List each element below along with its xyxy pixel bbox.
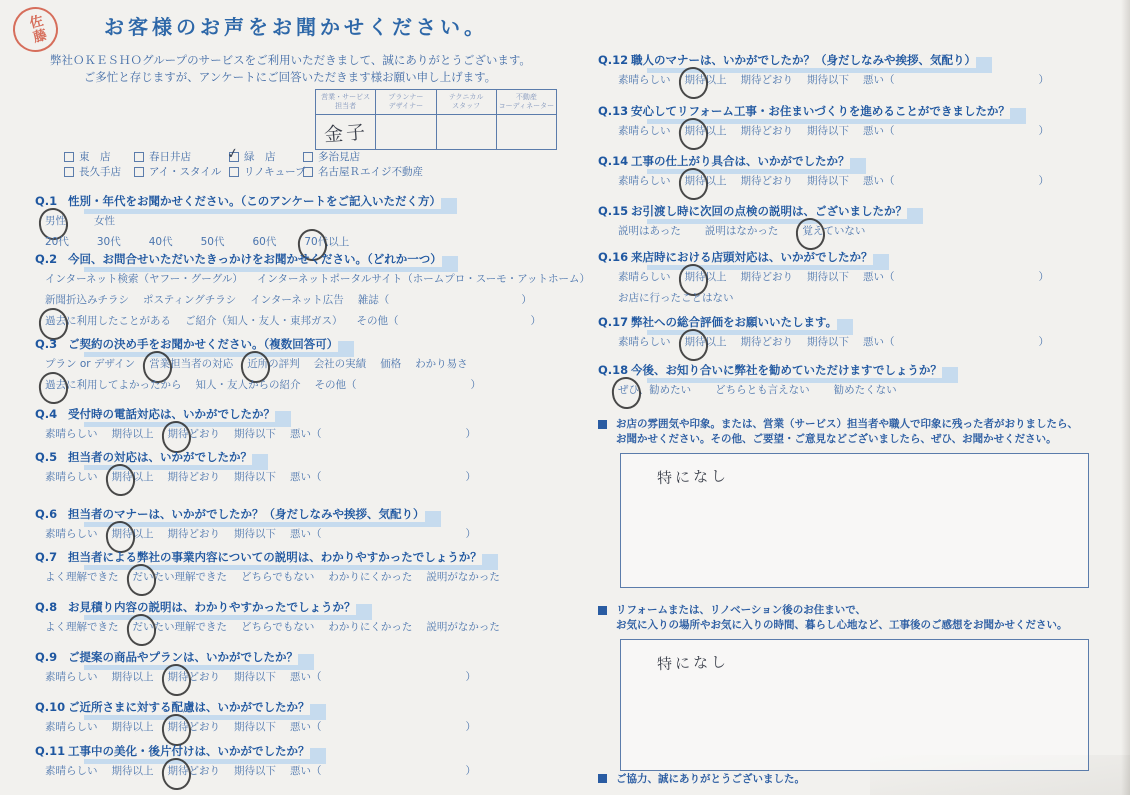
option-text: 悪い（ bbox=[863, 72, 895, 89]
option-line: 20代30代40代50代60代70代以上 bbox=[35, 234, 567, 251]
option-text: 期待どおり bbox=[168, 426, 221, 443]
option-text: 期待以上 bbox=[112, 763, 154, 780]
option-line: よく理解できただいたい理解できたどちらでもないわかりにくかった説明がなかった bbox=[35, 619, 567, 636]
handwritten-staff-name bbox=[376, 137, 384, 138]
option-line: 素晴らしい期待以上期待どおり期待以下悪い（） bbox=[598, 123, 1130, 140]
question-title: 受付時の電話対応は、いかがでしたか？ bbox=[68, 406, 275, 422]
option-text: 期待以下 bbox=[807, 72, 849, 89]
option-text: 60代 bbox=[253, 234, 277, 251]
store-label: 緑 店 bbox=[244, 149, 276, 164]
hanko-stamp-icon: 佐藤 bbox=[8, 2, 63, 57]
option-text: 説明がなかった bbox=[426, 619, 500, 636]
staff-table-header: テクニカルスタッフ bbox=[436, 90, 496, 115]
handwritten-comment: 特になし bbox=[657, 651, 730, 675]
option-text: 期待以下 bbox=[234, 426, 276, 443]
option-text: 悪い（ bbox=[863, 269, 895, 286]
option-text: 悪い（ bbox=[290, 526, 322, 543]
comment-prompt-line: お気に入りの場所やお気に入りの時間、暮らし心地など、工事後のご感想をお聞かせくだ… bbox=[616, 618, 1068, 633]
question-block: Q.6担当者のマナーは、いかがでしたか？（身だしなみや挨拶、気配り）素晴らしい期… bbox=[35, 506, 567, 543]
option-text: 男性 bbox=[45, 213, 66, 230]
option-line: 素晴らしい期待以上期待どおり期待以下悪い（） bbox=[598, 269, 1130, 286]
option-text: 40代 bbox=[149, 234, 173, 251]
option-text: 価格 bbox=[380, 356, 401, 373]
option-text: ポスティングチラシ bbox=[143, 292, 236, 309]
option-text: ） bbox=[1039, 173, 1050, 190]
option-text: 新聞折込みチラシ bbox=[45, 292, 129, 309]
option-line: 説明はあった説明はなかった覚えていない bbox=[598, 223, 1130, 240]
question-number: Q.9 bbox=[35, 649, 68, 665]
option-line: 素晴らしい期待以上期待どおり期待以下悪い（） bbox=[598, 334, 1130, 351]
question-title: 今後、お知り合いに弊社を勧めていただけますでしょうか？ bbox=[631, 362, 942, 378]
question-title: 工事の仕上がり具合は、いかがでしたか？ bbox=[631, 153, 850, 169]
question-block: Q.7担当者による弊社の事業内容についての説明は、わかりやすかったでしょうか？よ… bbox=[35, 549, 567, 586]
checkbox-icon bbox=[229, 167, 239, 177]
option-text: よく理解できた bbox=[45, 619, 119, 636]
option-line: 過去に利用してよかったから知人・友人からの紹介その他（） bbox=[35, 377, 567, 394]
bullet-square-icon bbox=[598, 606, 607, 615]
option-text: 期待以上 bbox=[112, 426, 154, 443]
option-text: どちらとも言えない bbox=[715, 382, 810, 399]
handwritten-circle-mark bbox=[160, 663, 192, 698]
question-number: Q.6 bbox=[35, 506, 68, 522]
option-text: インターネット広告 bbox=[250, 292, 344, 309]
option-text: 悪い（ bbox=[290, 426, 322, 443]
store-label: 多治見店 bbox=[318, 149, 360, 164]
question-number: Q.7 bbox=[35, 549, 68, 565]
option-text: ） bbox=[466, 526, 477, 543]
handwritten-staff-name bbox=[497, 137, 505, 138]
option-text: 期待どおり bbox=[168, 763, 221, 780]
option-line: インターネット検索（ヤフー・グーグル）インターネットポータルサイト（ホームプロ・… bbox=[35, 271, 567, 288]
option-text: 期待どおり bbox=[168, 526, 221, 543]
option-text: 期待以上 bbox=[685, 173, 727, 190]
comment-block-impressions: お店の雰囲気や印象。または、営業（サービス）担当者や職人で印象に残った者がおりま… bbox=[598, 417, 1092, 588]
option-text: 説明がなかった bbox=[426, 569, 500, 586]
checkbox-icon bbox=[134, 167, 144, 177]
option-text: 素晴らしい bbox=[45, 669, 98, 686]
store-label: 東 店 bbox=[79, 149, 111, 164]
question-number: Q.17 bbox=[598, 314, 631, 330]
scanned-survey-page: 佐藤 お客様のお声をお聞かせください。 弊社ＯＫＥＳＨＯグループのサービスをご利… bbox=[0, 0, 1130, 795]
option-text: インターネット検索（ヤフー・グーグル） bbox=[45, 271, 243, 288]
store-label: リノキューブ bbox=[244, 164, 306, 179]
store-option: 名古屋Ｒエイジ不動産 bbox=[303, 164, 423, 179]
question-number: Q.16 bbox=[598, 249, 631, 265]
question-title: 今回、お問合せいただいたきっかけをお聞かせください。（どれか一つ） bbox=[68, 251, 442, 267]
option-text: 期待どおり bbox=[741, 72, 794, 89]
option-text: 期待どおり bbox=[741, 123, 794, 140]
option-text: 過去に利用したことがある bbox=[45, 313, 171, 330]
option-text: 70代以上 bbox=[304, 234, 349, 251]
intro-line-1: 弊社ＯＫＥＳＨＯグループのサービスをご利用いただきまして、誠にありがとうございま… bbox=[50, 52, 530, 69]
question-title: 担当者の対応は、いかがでしたか？ bbox=[68, 449, 252, 465]
comment-block-after-renovation: リフォームまたは、リノベーション後のお住まいで、 お気に入りの場所やお気に入りの… bbox=[598, 603, 1092, 771]
option-line: 素晴らしい期待以上期待どおり期待以下悪い（） bbox=[35, 526, 567, 543]
store-option: 春日井店 bbox=[134, 149, 229, 164]
option-text: 期待どおり bbox=[168, 719, 221, 736]
handwritten-comment: 特になし bbox=[657, 465, 730, 489]
intro-text: 弊社ＯＫＥＳＨＯグループのサービスをご利用いただきまして、誠にありがとうございま… bbox=[50, 52, 530, 85]
option-text: 素晴らしい bbox=[45, 763, 98, 780]
staff-table-header: プランナーデザイナー bbox=[376, 90, 436, 115]
question-number: Q.3 bbox=[35, 336, 68, 352]
option-text: わかりにくかった bbox=[328, 569, 412, 586]
store-option: 緑 店 bbox=[229, 149, 303, 164]
handwritten-circle-mark bbox=[677, 66, 709, 101]
question-number: Q.13 bbox=[598, 103, 631, 119]
option-text: わかり易さ bbox=[415, 356, 468, 373]
handwritten-circle-mark bbox=[37, 371, 69, 406]
staff-table-cell bbox=[496, 115, 556, 150]
handwritten-circle-mark bbox=[610, 376, 642, 411]
option-line: 素晴らしい期待以上期待どおり期待以下悪い（） bbox=[598, 72, 1130, 89]
option-line: 素晴らしい期待以上期待どおり期待以下悪い（） bbox=[35, 719, 567, 736]
option-line: 素晴らしい期待以上期待どおり期待以下悪い（） bbox=[598, 173, 1130, 190]
option-text: 素晴らしい bbox=[45, 469, 98, 486]
option-text: 期待以上 bbox=[685, 334, 727, 351]
option-text: 期待どおり bbox=[168, 669, 221, 686]
staff-table-header: 不動産コーディネーター bbox=[496, 90, 556, 115]
option-text: どちらでもない bbox=[241, 619, 314, 636]
question-title: 職人のマナーは、いかがでしたか？（身だしなみや挨拶、気配り） bbox=[631, 52, 976, 68]
option-text: 期待以下 bbox=[807, 123, 849, 140]
option-text: 過去に利用してよかったから bbox=[45, 377, 182, 394]
store-row: 長久手店アイ・スタイルリノキューブ名古屋Ｒエイジ不動産 bbox=[64, 164, 423, 179]
option-text: ） bbox=[1039, 334, 1050, 351]
question-title: 工事中の美化・後片付けは、いかがでしたか？ bbox=[68, 743, 310, 759]
question-block: Q.11工事中の美化・後片付けは、いかがでしたか？素晴らしい期待以上期待どおり期… bbox=[35, 743, 567, 780]
option-text: 期待どおり bbox=[741, 173, 794, 190]
store-option: 東 店 bbox=[64, 149, 134, 164]
option-text: 期待どおり bbox=[741, 334, 794, 351]
option-text: ） bbox=[471, 377, 482, 394]
option-text: ） bbox=[1039, 72, 1050, 89]
question-block: Q.12職人のマナーは、いかがでしたか？（身だしなみや挨拶、気配り）素晴らしい期… bbox=[598, 52, 1130, 89]
option-line: よく理解できただいたい理解できたどちらでもないわかりにくかった説明がなかった bbox=[35, 569, 567, 586]
handwritten-circle-mark bbox=[104, 463, 136, 498]
option-text: 期待以下 bbox=[807, 334, 849, 351]
question-title: ご契約の決め手をお聞かせください。（複数回答可） bbox=[68, 336, 338, 352]
option-text: 期待以上 bbox=[685, 269, 727, 286]
question-number: Q.11 bbox=[35, 743, 68, 759]
option-text: ） bbox=[466, 469, 477, 486]
staff-table: 営業・サービス担当者プランナーデザイナーテクニカルスタッフ不動産コーディネーター… bbox=[315, 89, 557, 150]
option-line: 新聞折込みチラシポスティングチラシインターネット広告雑誌（） bbox=[35, 292, 567, 309]
option-text: 素晴らしい bbox=[618, 72, 671, 89]
option-line: 過去に利用したことがあるご紹介（知人・友人・東邦ガス）その他（） bbox=[35, 313, 567, 330]
option-text: プラン or デザイン bbox=[45, 356, 135, 373]
handwritten-circle-mark bbox=[677, 117, 709, 152]
option-text: 知人・友人からの紹介 bbox=[196, 377, 301, 394]
question-number: Q.12 bbox=[598, 52, 631, 68]
handwritten-circle-mark bbox=[677, 328, 709, 363]
question-title: 弊社への総合評価をお願いいたします。 bbox=[631, 314, 837, 330]
question-block: Q.14工事の仕上がり具合は、いかがでしたか？素晴らしい期待以上期待どおり期待以… bbox=[598, 153, 1130, 190]
option-text: その他（ bbox=[357, 313, 399, 330]
option-text: 20代 bbox=[45, 234, 69, 251]
question-block: Q.15お引渡し時に次回の点検の説明は、ございましたか？説明はあった説明はなかっ… bbox=[598, 203, 1130, 240]
checkbox-icon bbox=[64, 167, 74, 177]
option-text: だいたい理解できた bbox=[133, 569, 228, 586]
question-block: Q.17弊社への総合評価をお願いいたします。素晴らしい期待以上期待どおり期待以下… bbox=[598, 314, 1130, 351]
question-block: Q.1性別・年代をお聞かせください。（このアンケートをご記入いただく方）男性女性… bbox=[35, 193, 567, 251]
option-text: 期待以上 bbox=[112, 669, 154, 686]
option-text: どちらでもない bbox=[241, 569, 314, 586]
option-text: 悪い（ bbox=[290, 469, 322, 486]
staff-table-cell bbox=[376, 115, 436, 150]
handwritten-circle-mark bbox=[125, 613, 157, 648]
option-text: 悪い（ bbox=[863, 334, 895, 351]
option-text: ） bbox=[466, 669, 477, 686]
option-text: 期待以下 bbox=[234, 719, 276, 736]
option-line: 素晴らしい期待以上期待どおり期待以下悪い（） bbox=[35, 763, 567, 780]
option-line: 男性女性 bbox=[35, 213, 567, 230]
handwritten-circle-mark bbox=[677, 167, 709, 202]
option-text: 期待以下 bbox=[234, 763, 276, 780]
option-text: 悪い（ bbox=[863, 173, 895, 190]
checkbox-icon bbox=[64, 152, 74, 162]
option-text: 期待以上 bbox=[112, 719, 154, 736]
bullet-square-icon bbox=[598, 420, 607, 429]
question-title: お見積り内容の説明は、わかりやすかったでしょうか？ bbox=[68, 599, 356, 615]
option-text: ） bbox=[1039, 123, 1050, 140]
option-text: 素晴らしい bbox=[618, 173, 671, 190]
option-text: 期待以下 bbox=[807, 269, 849, 286]
question-title: お引渡し時に次回の点検の説明は、ございましたか？ bbox=[631, 203, 907, 219]
option-text: ） bbox=[531, 313, 542, 330]
question-block: Q.4受付時の電話対応は、いかがでしたか？素晴らしい期待以上期待どおり期待以下悪… bbox=[35, 406, 567, 443]
question-block: Q.3ご契約の決め手をお聞かせください。（複数回答可）プラン or デザイン営業… bbox=[35, 336, 567, 394]
option-text: 素晴らしい bbox=[45, 719, 98, 736]
option-text: お店に行ったことはない bbox=[618, 290, 734, 307]
stamp-text: 佐藤 bbox=[25, 14, 45, 45]
option-text: 勧めたくない bbox=[834, 382, 897, 399]
option-text: 期待以下 bbox=[234, 669, 276, 686]
option-text: 女性 bbox=[94, 213, 115, 230]
option-text: ご紹介（知人・友人・東邦ガス） bbox=[185, 313, 343, 330]
closing-note-text: ご協力、誠にありがとうございました。 bbox=[616, 771, 805, 786]
option-text: ） bbox=[466, 426, 477, 443]
option-line: 素晴らしい期待以上期待どおり期待以下悪い（） bbox=[35, 426, 567, 443]
checkbox-icon bbox=[134, 152, 144, 162]
comment-prompt-line: お聞かせください。その他、ご要望・ご意見などございましたら、ぜひ、お聞かせくださ… bbox=[616, 432, 1078, 447]
option-text: 覚えていない bbox=[802, 223, 865, 240]
question-block: Q.16来店時における店頭対応は、いかがでしたか？素晴らしい期待以上期待どおり期… bbox=[598, 249, 1130, 307]
store-label: アイ・スタイル bbox=[149, 164, 221, 179]
option-text: 近所の評判 bbox=[247, 356, 300, 373]
question-title: ご近所さまに対する配慮は、いかがでしたか？ bbox=[68, 699, 310, 715]
store-option: アイ・スタイル bbox=[134, 164, 229, 179]
option-text: 素晴らしい bbox=[618, 269, 671, 286]
store-row: 東 店春日井店緑 店多治見店 bbox=[64, 149, 423, 164]
question-number: Q.15 bbox=[598, 203, 631, 219]
question-block: Q.13安心してリフォーム工事・お住まいづくりを進めることができましたか？素晴ら… bbox=[598, 103, 1130, 140]
option-text: ぜひ、勧めたい bbox=[618, 382, 691, 399]
option-text: 説明はあった bbox=[618, 223, 681, 240]
comment-box: 特になし bbox=[620, 453, 1089, 588]
option-text: 悪い（ bbox=[290, 669, 322, 686]
comment-prompt-line: お店の雰囲気や印象。または、営業（サービス）担当者や職人で印象に残った者がおりま… bbox=[616, 417, 1078, 432]
option-text: 期待どおり bbox=[168, 469, 221, 486]
question-title: ご提案の商品やプランは、いかがでしたか？ bbox=[68, 649, 298, 665]
handwritten-staff-name bbox=[437, 137, 445, 138]
checkbox-checked-icon bbox=[229, 152, 239, 162]
handwritten-circle-mark bbox=[795, 217, 827, 252]
page-title: お客様のお声をお聞かせください。 bbox=[104, 11, 488, 40]
handwritten-staff-name: 金子 bbox=[315, 117, 369, 148]
option-line: ぜひ、勧めたいどちらとも言えない勧めたくない bbox=[598, 382, 1130, 399]
question-number: Q.1 bbox=[35, 193, 68, 209]
question-title: 性別・年代をお聞かせください。（このアンケートをご記入いただく方） bbox=[68, 193, 441, 209]
option-text: わかりにくかった bbox=[328, 619, 412, 636]
question-block: Q.9ご提案の商品やプランは、いかがでしたか？素晴らしい期待以上期待どおり期待以… bbox=[35, 649, 567, 686]
option-text: 30代 bbox=[97, 234, 121, 251]
option-line: 素晴らしい期待以上期待どおり期待以下悪い（） bbox=[35, 469, 567, 486]
option-line: お店に行ったことはない bbox=[598, 290, 1130, 307]
option-text: よく理解できた bbox=[45, 569, 119, 586]
store-option: 多治見店 bbox=[303, 149, 423, 164]
option-text: 悪い（ bbox=[290, 719, 322, 736]
store-label: 長久手店 bbox=[79, 164, 121, 179]
option-text: 悪い（ bbox=[863, 123, 895, 140]
option-text: 雑誌（ bbox=[358, 292, 390, 309]
question-title: 安心してリフォーム工事・お住まいづくりを進めることができましたか？ bbox=[631, 103, 1010, 119]
option-text: ） bbox=[1039, 269, 1050, 286]
option-text: 期待以下 bbox=[234, 469, 276, 486]
option-text: だいたい理解できた bbox=[133, 619, 228, 636]
option-text: 素晴らしい bbox=[45, 426, 98, 443]
option-text: その他（ bbox=[315, 377, 357, 394]
handwritten-circle-mark bbox=[160, 757, 192, 792]
question-number: Q.8 bbox=[35, 599, 68, 615]
comment-box: 特になし bbox=[620, 639, 1089, 771]
option-text: 期待以上 bbox=[112, 526, 154, 543]
store-label: 春日井店 bbox=[149, 149, 191, 164]
question-title: 来店時における店頭対応は、いかがでしたか？ bbox=[631, 249, 873, 265]
question-number: Q.2 bbox=[35, 251, 68, 267]
question-number: Q.14 bbox=[598, 153, 631, 169]
checkbox-icon bbox=[303, 152, 313, 162]
staff-table-cell bbox=[436, 115, 496, 150]
question-block: Q.8お見積り内容の説明は、わかりやすかったでしょうか？よく理解できただいたい理… bbox=[35, 599, 567, 636]
option-text: 素晴らしい bbox=[45, 526, 98, 543]
question-title: 担当者のマナーは、いかがでしたか？（身だしなみや挨拶、気配り） bbox=[68, 506, 425, 522]
checkbox-icon bbox=[303, 167, 313, 177]
option-line: 素晴らしい期待以上期待どおり期待以下悪い（） bbox=[35, 669, 567, 686]
question-number: Q.18 bbox=[598, 362, 631, 378]
option-text: 素晴らしい bbox=[618, 334, 671, 351]
option-line: プラン or デザイン営業担当者の対応近所の評判会社の実績価格わかり易さ bbox=[35, 356, 567, 373]
staff-table-header: 営業・サービス担当者 bbox=[316, 90, 376, 115]
option-text: ） bbox=[466, 719, 477, 736]
option-text: 50代 bbox=[201, 234, 225, 251]
question-number: Q.5 bbox=[35, 449, 68, 465]
store-checkbox-list: 東 店春日井店緑 店多治見店長久手店アイ・スタイルリノキューブ名古屋Ｒエイジ不動… bbox=[64, 149, 423, 179]
option-text: 期待どおり bbox=[741, 269, 794, 286]
option-text: 説明はなかった bbox=[705, 223, 779, 240]
option-text: ） bbox=[521, 292, 532, 309]
question-number: Q.4 bbox=[35, 406, 68, 422]
question-block: Q.18今後、お知り合いに弊社を勧めていただけますでしょうか？ぜひ、勧めたいどち… bbox=[598, 362, 1130, 399]
option-text: 会社の実績 bbox=[314, 356, 367, 373]
bullet-square-icon bbox=[598, 774, 607, 783]
option-text: ） bbox=[466, 763, 477, 780]
option-text: 期待以上 bbox=[112, 469, 154, 486]
store-option: 長久手店 bbox=[64, 164, 134, 179]
option-text: 期待以下 bbox=[234, 526, 276, 543]
comment-prompt-line: リフォームまたは、リノベーション後のお住まいで、 bbox=[616, 603, 1068, 618]
closing-note: ご協力、誠にありがとうございました。 bbox=[598, 771, 805, 786]
question-block: Q.2今回、お問合せいただいたきっかけをお聞かせください。（どれか一つ）インター… bbox=[35, 251, 567, 330]
option-text: 悪い（ bbox=[290, 763, 322, 780]
question-title: 担当者による弊社の事業内容についての説明は、わかりやすかったでしょうか？ bbox=[68, 549, 482, 565]
option-text: 素晴らしい bbox=[618, 123, 671, 140]
question-block: Q.10ご近所さまに対する配慮は、いかがでしたか？素晴らしい期待以上期待どおり期… bbox=[35, 699, 567, 736]
handwritten-circle-mark bbox=[125, 563, 157, 598]
question-block: Q.5担当者の対応は、いかがでしたか？素晴らしい期待以上期待どおり期待以下悪い（… bbox=[35, 449, 567, 486]
option-text: 営業担当者の対応 bbox=[149, 356, 233, 373]
question-number: Q.10 bbox=[35, 699, 68, 715]
option-text: 期待以上 bbox=[685, 72, 727, 89]
option-text: 期待以下 bbox=[807, 173, 849, 190]
option-text: インターネットポータルサイト（ホームプロ・スーモ・アットホーム） bbox=[257, 271, 590, 288]
store-option: リノキューブ bbox=[229, 164, 303, 179]
staff-table-cell: 金子 bbox=[316, 115, 376, 150]
option-text: 期待以上 bbox=[685, 123, 727, 140]
intro-line-2: ご多忙と存じますが、アンケートにご回答いただきます様お願い申し上げます。 bbox=[50, 69, 530, 86]
store-label: 名古屋Ｒエイジ不動産 bbox=[318, 164, 423, 179]
